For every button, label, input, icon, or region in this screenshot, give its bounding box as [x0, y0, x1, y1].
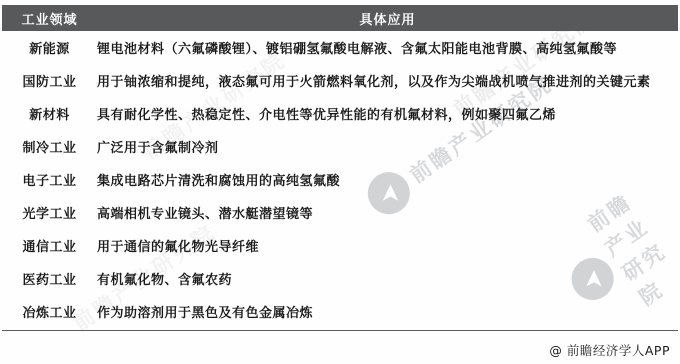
table-row: 冶炼工业 作为助溶剂用于黑色及有色金属冶炼 — [2, 295, 678, 328]
row-application-text: 有机氟化物、含氟农药 — [97, 269, 678, 288]
table-row: 光学工业 高端相机专业镜头、潜水艇潜望镜等 — [2, 196, 678, 229]
header-cell-specific-application: 具体应用 — [97, 9, 678, 28]
row-industry-field-label: 医药工业 — [2, 269, 97, 288]
source-attribution: @ 前瞻经济学人APP — [549, 341, 670, 359]
row-industry-field-label: 国防工业 — [2, 71, 97, 90]
table-row: 通信工业 用于通信的氟化物光导纤维 — [2, 229, 678, 262]
applications-table: 工业领域 具体应用 新能源 锂电池材料（六氟磷酸锂）、镀铝硼氢氟酸电解液、含氟太… — [2, 5, 678, 331]
row-application-text: 高端相机专业镜头、潜水艇潜望镜等 — [97, 203, 678, 222]
row-application-text: 作为助溶剂用于黑色及有色金属冶炼 — [97, 302, 678, 321]
row-application-text: 广泛用于含氟制冷剂 — [97, 137, 678, 156]
table-row: 电子工业 集成电路芯片清洗和腐蚀用的高纯氢氟酸 — [2, 163, 678, 196]
row-industry-field-label: 新能源 — [2, 38, 97, 57]
table-body: 新能源 锂电池材料（六氟磷酸锂）、镀铝硼氢氟酸电解液、含氟太阳能电池背膜、高纯氢… — [2, 31, 678, 328]
table-row: 国防工业 用于铀浓缩和提纯，液态氟可用于火箭燃料氧化剂，以及作为尖端战机喷气推进… — [2, 64, 678, 97]
row-industry-field-label: 新材料 — [2, 104, 97, 123]
row-industry-field-label: 电子工业 — [2, 170, 97, 189]
table-row: 新能源 锂电池材料（六氟磷酸锂）、镀铝硼氢氟酸电解液、含氟太阳能电池背膜、高纯氢… — [2, 31, 678, 64]
row-industry-field-label: 光学工业 — [2, 203, 97, 222]
table-bottom-divider — [2, 330, 678, 331]
row-application-text: 用于铀浓缩和提纯，液态氟可用于火箭燃料氧化剂，以及作为尖端战机喷气推进剂的关键元… — [97, 71, 678, 90]
row-application-text: 锂电池材料（六氟磷酸锂）、镀铝硼氢氟酸电解液、含氟太阳能电池背膜、高纯氢氟酸等 — [97, 38, 678, 57]
table-row: 新材料 具有耐化学性、热稳定性、介电性等优异性能的有机氟材料，例如聚四氟乙烯 — [2, 97, 678, 130]
row-industry-field-label: 冶炼工业 — [2, 302, 97, 321]
row-application-text: 集成电路芯片清洗和腐蚀用的高纯氢氟酸 — [97, 170, 678, 189]
row-industry-field-label: 通信工业 — [2, 236, 97, 255]
table-header-row: 工业领域 具体应用 — [2, 5, 678, 31]
header-cell-industry-field: 工业领域 — [2, 9, 97, 28]
row-application-text: 用于通信的氟化物光导纤维 — [97, 236, 678, 255]
row-industry-field-label: 制冷工业 — [2, 137, 97, 156]
report-table-page: ➤ 前瞻产业研究院 ➤ 前瞻产业研究院 前瞻产业研究院 前瞻产业研究院 前瞻产业… — [0, 0, 680, 364]
row-application-text: 具有耐化学性、热稳定性、介电性等优异性能的有机氟材料，例如聚四氟乙烯 — [97, 104, 678, 123]
table-row: 制冷工业 广泛用于含氟制冷剂 — [2, 130, 678, 163]
table-row: 医药工业 有机氟化物、含氟农药 — [2, 262, 678, 295]
